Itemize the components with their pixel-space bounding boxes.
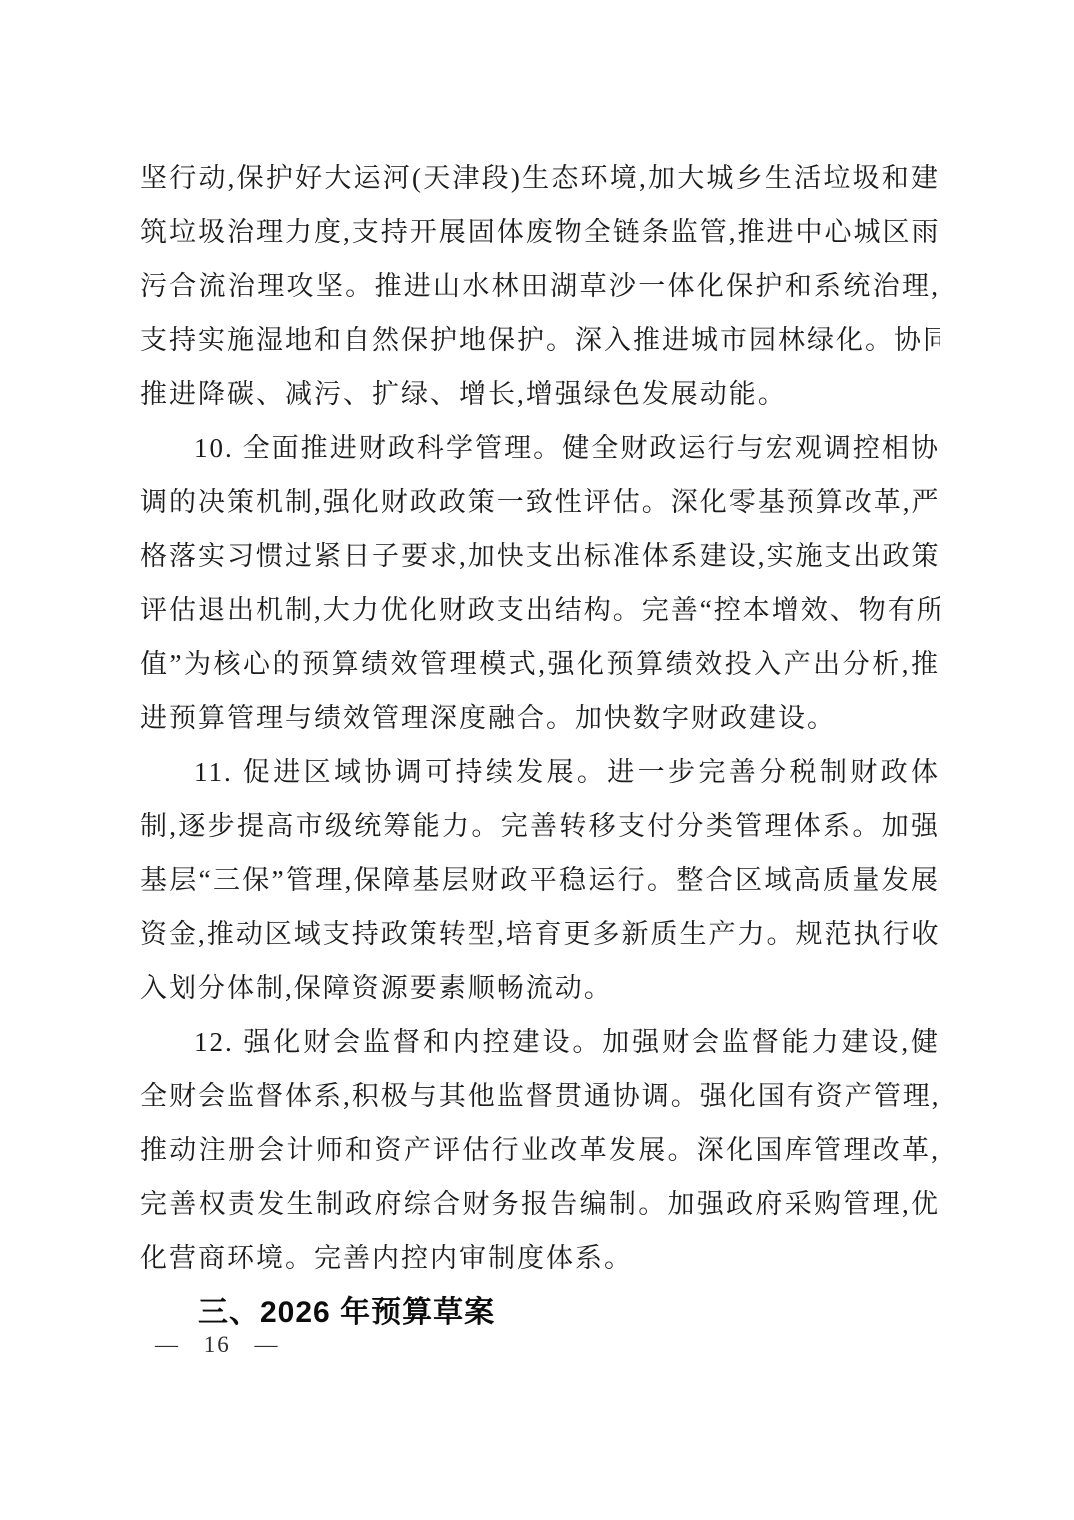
page-body-text: 坚行动,保护好大运河(天津段)生态环境,加大城乡生活垃圾和建 筑垃圾治理力度,支…	[140, 151, 940, 1335]
text-line: 化营商环境。完善内控内审制度体系。	[140, 1231, 940, 1285]
text-line: 10. 全面推进财政科学管理。健全财政运行与宏观调控相协	[140, 421, 940, 475]
text-line: 基层“三保”管理,保障基层财政平稳运行。整合区域高质量发展	[140, 853, 940, 907]
text-line: 完善权责发生制政府综合财务报告编制。加强政府采购管理,优	[140, 1177, 940, 1231]
text-line: 进预算管理与绩效管理深度融合。加快数字财政建设。	[140, 691, 940, 745]
text-line: 推进降碳、减污、扩绿、增长,增强绿色发展动能。	[140, 367, 940, 421]
text-line: 制,逐步提高市级统筹能力。完善转移支付分类管理体系。加强	[140, 799, 940, 853]
page-number: — 16 —	[155, 1330, 280, 1360]
paragraph-item-10: 10. 全面推进财政科学管理。健全财政运行与宏观调控相协 调的决策机制,强化财政…	[140, 421, 940, 745]
text-line: 11. 促进区域协调可持续发展。进一步完善分税制财政体	[140, 745, 940, 799]
text-line: 评估退出机制,大力优化财政支出结构。完善“控本增效、物有所	[140, 583, 940, 637]
text-line: 推动注册会计师和资产评估行业改革发展。深化国库管理改革,	[140, 1123, 940, 1177]
text-line: 全财会监督体系,积极与其他监督贯通协调。强化国有资产管理,	[140, 1069, 940, 1123]
paragraph-item-12: 12. 强化财会监督和内控建设。加强财会监督能力建设,健 全财会监督体系,积极与…	[140, 1015, 940, 1285]
text-line: 支持实施湿地和自然保护地保护。深入推进城市园林绿化。协同	[140, 313, 940, 367]
text-line: 格落实习惯过紧日子要求,加快支出标准体系建设,实施支出政策	[140, 529, 940, 583]
paragraph-item-11: 11. 促进区域协调可持续发展。进一步完善分税制财政体 制,逐步提高市级统筹能力…	[140, 745, 940, 1015]
text-line: 12. 强化财会监督和内控建设。加强财会监督能力建设,健	[140, 1015, 940, 1069]
text-line: 筑垃圾治理力度,支持开展固体废物全链条监管,推进中心城区雨	[140, 205, 940, 259]
text-line: 调的决策机制,强化财政政策一致性评估。深化零基预算改革,严	[140, 475, 940, 529]
section-heading: 三、2026 年预算草案	[140, 1291, 940, 1335]
text-line: 值”为核心的预算绩效管理模式,强化预算绩效投入产出分析,推	[140, 637, 940, 691]
text-line: 资金,推动区域支持政策转型,培育更多新质生产力。规范执行收	[140, 907, 940, 961]
text-line: 污合流治理攻坚。推进山水林田湖草沙一体化保护和系统治理,	[140, 259, 940, 313]
document-page: 坚行动,保护好大运河(天津段)生态环境,加大城乡生活垃圾和建 筑垃圾治理力度,支…	[0, 0, 1074, 1520]
text-line: 坚行动,保护好大运河(天津段)生态环境,加大城乡生活垃圾和建	[140, 151, 940, 205]
text-line: 入划分体制,保障资源要素顺畅流动。	[140, 961, 940, 1015]
paragraph-continuation: 坚行动,保护好大运河(天津段)生态环境,加大城乡生活垃圾和建 筑垃圾治理力度,支…	[140, 151, 940, 421]
